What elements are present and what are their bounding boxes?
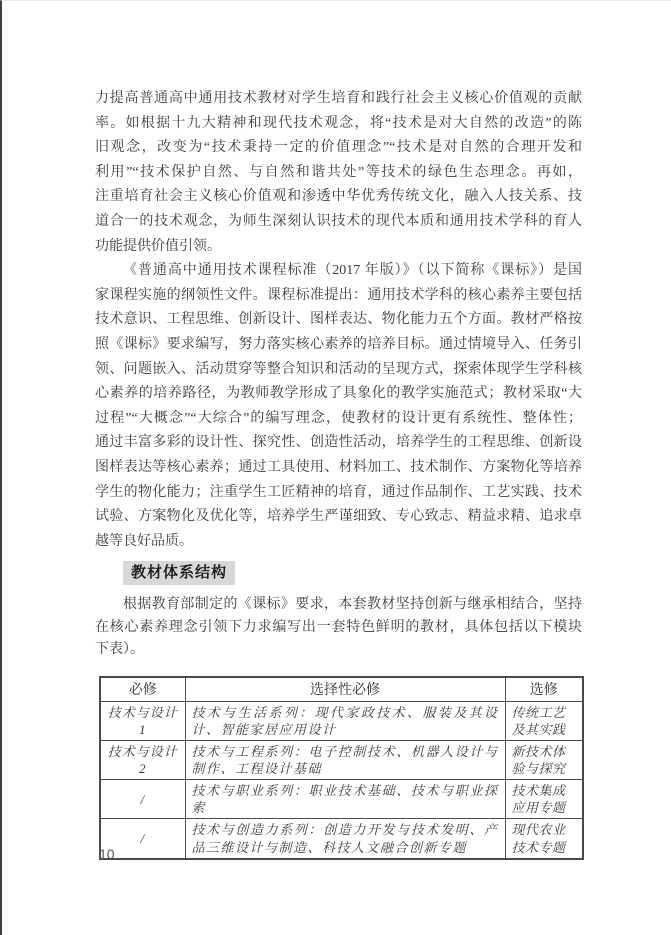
- body-line: 道合一的技术观念，为师生深刻认识技术的现代本质和通用技术学科的育人: [95, 210, 582, 235]
- body-line: 领、问题嵌入、活动贯穿等整合知识和活动的呈现方式，探索体现学生学科核: [95, 358, 582, 383]
- table-cell: 新技术体验与探究: [505, 740, 583, 779]
- table-header-elective: 选修: [505, 677, 583, 701]
- body-line: 下表）。: [95, 639, 582, 662]
- table-cell: 技术与设计 2: [100, 740, 185, 779]
- curriculum-modules-table: 必修 选择性必修 选修 技术与设计 1 技术与生活系列：现代家政技术、服装及其设…: [99, 676, 584, 860]
- body-line: 心素养的培养路径，为教师教学形成了具象化的教学实施范式；教材采取“大: [95, 382, 582, 407]
- table-row: / 技术与职业系列：职业技术基础、技术与职业探索 技术集成应用专题: [100, 780, 583, 819]
- table-row: 技术与设计 1 技术与生活系列：现代家政技术、服装及其设计、智能家居应用设计 传…: [100, 701, 583, 740]
- body-line: 率。如根据十九大精神和现代技术观念，将“技术是对大自然的改造”的陈: [95, 112, 582, 137]
- table-cell: 技术与工程系列：电子控制技术、机器人设计与制作、工程设计基础: [185, 740, 505, 779]
- body-line: 照《课标》要求编写，努力落实核心素养的培养目标。通过情境导入、任务引: [95, 333, 582, 358]
- section-heading: 教材体系结构: [123, 561, 235, 585]
- body-line: 通过丰富多彩的设计性、探究性、创造性活动，培养学生的工程思维、创新设计、: [95, 431, 582, 456]
- body-line: 《普通高中通用技术课程标准（2017 年版）》（以下简称《课标》）是国: [95, 259, 582, 284]
- body-line: 越等良好品质。: [95, 530, 582, 555]
- table-header-row: 必修 选择性必修 选修: [100, 677, 583, 701]
- body-line: 家课程实施的纲领性文件。课程标准提出：通用技术学科的核心素养主要包括: [95, 284, 582, 309]
- table-cell: 技术与设计 1: [100, 701, 185, 740]
- body-line: 功能提供价值引领。: [95, 235, 582, 260]
- body-text-block: 力提高普通高中通用技术教材对学生培育和践行社会主义核心价值观的贡献 率。如根据十…: [95, 87, 582, 554]
- body-line: 技术意识、工程思维、创新设计、图样表达、物化能力五个方面。教材严格按: [95, 308, 582, 333]
- table-cell: 技术与创造力系列：创造力开发与技术发明、产品三维设计与制造、科技人文融合创新专题: [185, 819, 505, 859]
- table-row: 技术与设计 2 技术与工程系列：电子控制技术、机器人设计与制作、工程设计基础 新…: [100, 740, 583, 779]
- table-cell: 现代农业技术专题: [505, 819, 583, 859]
- table-cell: 传统工艺及其实践: [505, 701, 583, 740]
- body-line: 根据教育部制定的《课标》要求，本套教材坚持创新与继承相结合，坚持: [95, 594, 582, 617]
- body-text-block: 根据教育部制定的《课标》要求，本套教材坚持创新与继承相结合，坚持 在核心素养理念…: [95, 594, 582, 662]
- body-line: 力提高普通高中通用技术教材对学生培育和践行社会主义核心价值观的贡献: [95, 87, 582, 112]
- table-cell: /: [100, 780, 185, 819]
- table-cell: 技术与职业系列：职业技术基础、技术与职业探索: [185, 780, 505, 819]
- body-line: 学生的物化能力；注重学生工匠精神的培育，通过作品制作、工艺实践、技术: [95, 481, 582, 506]
- document-page: 力提高普通高中通用技术教材对学生培育和践行社会主义核心价值观的贡献 率。如根据十…: [0, 0, 671, 935]
- table-header-required: 必修: [100, 677, 185, 701]
- body-line: 利用”“技术保护自然、与自然和谐共处”等技术的绿色生态理念。再如，: [95, 161, 582, 186]
- body-line: 试验、方案物化及优化等，培养学生严谨细致、专心致志、精益求精、追求卓: [95, 505, 582, 530]
- table-cell: 技术与生活系列：现代家政技术、服装及其设计、智能家居应用设计: [185, 701, 505, 740]
- page-number: 10: [99, 846, 115, 862]
- table-header-elective-required: 选择性必修: [185, 677, 505, 701]
- body-line: 在核心素养理念引领下力求编写出一套特色鲜明的教材，具体包括以下模块（见: [95, 617, 582, 640]
- body-line: 旧观念，改变为“技术秉持一定的价值理念”“技术是对自然的合理开发和: [95, 136, 582, 161]
- body-line: 过程”“大概念”“大综合”的编写理念，使教材的设计更有系统性、整体性；: [95, 407, 582, 432]
- body-line: 注重培育社会主义核心价值观和渗透中华优秀传统文化，融入人技关系、技: [95, 185, 582, 210]
- body-line: 图样表达等核心素养；通过工具使用、材料加工、技术制作、方案物化等培养: [95, 456, 582, 481]
- table-cell: 技术集成应用专题: [505, 780, 583, 819]
- table-row: / 技术与创造力系列：创造力开发与技术发明、产品三维设计与制造、科技人文融合创新…: [100, 819, 583, 859]
